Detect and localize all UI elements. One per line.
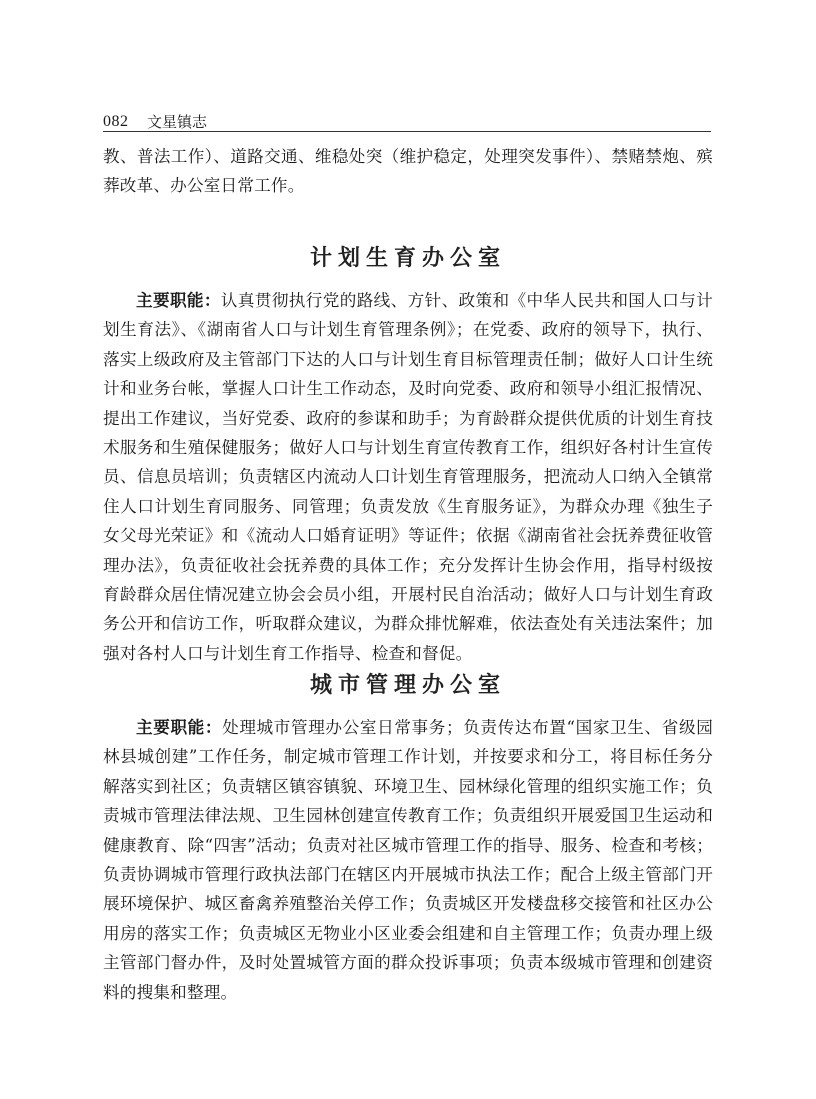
book-title: 文星镇志 bbox=[147, 113, 207, 131]
functions-text: 处理城市管理办公室日常事务；负责传达布置“国家卫生、省级园林县城创建”工作任务，… bbox=[103, 718, 713, 1002]
continuation-paragraph: 教、普法工作）、道路交通、维稳处突（维护稳定，处理突发事件）、禁赌禁炮、殡葬改革… bbox=[103, 142, 713, 201]
section-title-urban-management: 城市管理办公室 bbox=[103, 673, 713, 699]
functions-text: 认真贯彻执行党的路线、方针、政策和《中华人民共和国人口与计划生育法》、《湖南省人… bbox=[103, 291, 713, 663]
page-number: 082 bbox=[103, 113, 129, 131]
running-header: 082 文星镇志 bbox=[103, 113, 711, 132]
section-body-family-planning: 主要职能：认真贯彻执行党的路线、方针、政策和《中华人民共和国人口与计划生育法》、… bbox=[103, 286, 713, 668]
functions-label: 主要职能： bbox=[136, 718, 222, 737]
section-title-family-planning: 计划生育办公室 bbox=[103, 246, 713, 272]
functions-label: 主要职能： bbox=[136, 291, 221, 310]
section-body-urban-management: 主要职能：处理城市管理办公室日常事务；负责传达布置“国家卫生、省级园林县城创建”… bbox=[103, 713, 713, 1007]
